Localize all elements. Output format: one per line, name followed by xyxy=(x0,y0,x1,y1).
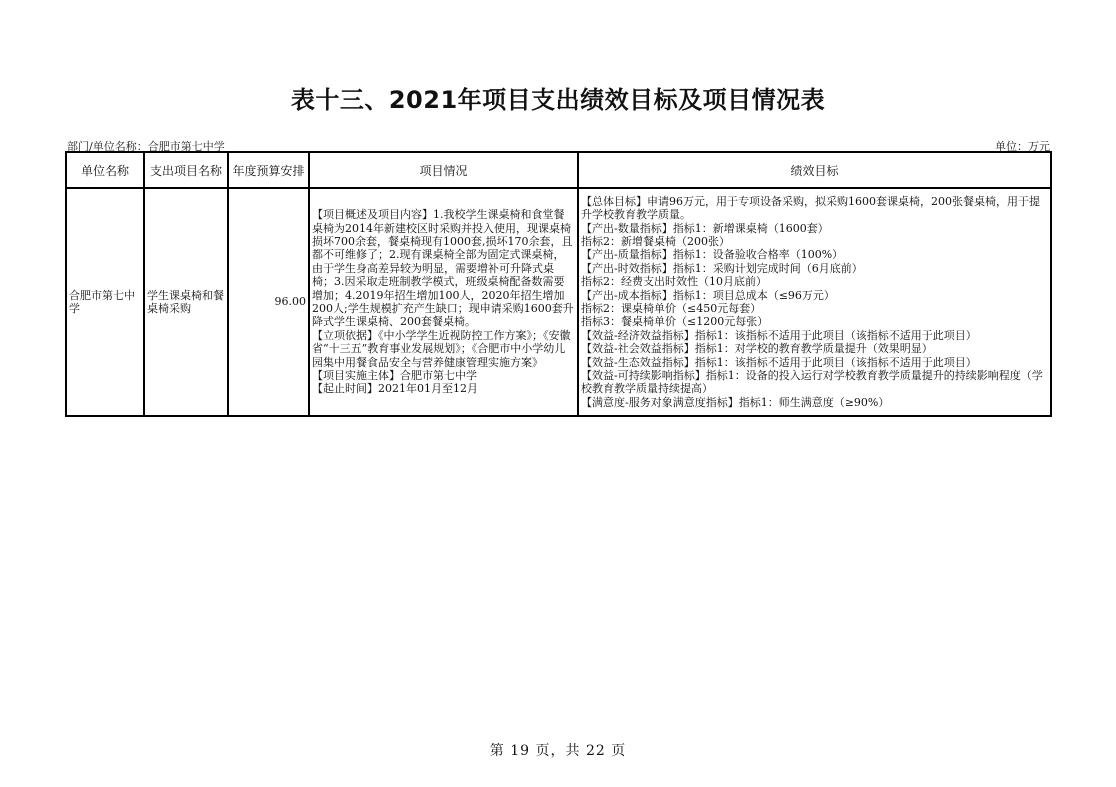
header-performance-goals: 绩效目标 xyxy=(578,152,1051,188)
goal-line: 【效益-可持续影响指标】指标1：设备的投入运行对学校教育教学质量提升的持续影响程… xyxy=(581,369,1048,396)
document-title: 表十三、2021年项目支出绩效目标及项目情况表 xyxy=(0,80,1116,115)
table-header-row: 单位名称 支出项目名称 年度预算安排 项目情况 绩效目标 xyxy=(66,152,1051,188)
cell-project-name: 学生课桌椅和餐桌椅采购 xyxy=(144,188,228,416)
performance-table: 单位名称 支出项目名称 年度预算安排 项目情况 绩效目标 合肥市第七中学 学生课… xyxy=(65,151,1052,417)
goal-line: 【产出-成本指标】指标1：项目总成本（≤96万元） xyxy=(581,289,1048,302)
goal-line: 【产出-质量指标】指标1：设备验收合格率（100%） xyxy=(581,248,1048,261)
goal-line: 【效益-社会效益指标】指标1：对学校的教育教学质量提升（效果明显） xyxy=(581,342,1048,355)
header-budget: 年度预算安排 xyxy=(228,152,309,188)
goal-line: 【产出-时效指标】指标1：采购计划完成时间（6月底前） xyxy=(581,262,1048,275)
goal-line: 指标2：经费支出时效性（10月底前） xyxy=(581,275,1048,288)
goal-line: 【效益-经济效益指标】指标1：该指标不适用于此项目（该指标不适用于此项目） xyxy=(581,329,1048,342)
goal-line: 【总体目标】申请96万元，用于专项设备采购，拟采购1600套课桌椅，200张餐桌… xyxy=(581,195,1048,222)
project-basis: 【立项依据】《中小学学生近视防控工作方案》；《安徽省“十三五”教育事业发展规划》… xyxy=(312,329,575,369)
header-project-name: 支出项目名称 xyxy=(144,152,228,188)
header-project-info: 项目情况 xyxy=(309,152,578,188)
project-period: 【起止时间】2021年01月至12月 xyxy=(312,382,575,395)
goal-line: 指标3：餐桌椅单价（≤1200元每张） xyxy=(581,315,1048,328)
cell-performance-goals: 【总体目标】申请96万元，用于专项设备采购，拟采购1600套课桌椅，200张餐桌… xyxy=(578,188,1051,416)
cell-unit-name: 合肥市第七中学 xyxy=(66,188,144,416)
goal-line: 【效益-生态效益指标】指标1：该指标不适用于此项目（该指标不适用于此项目） xyxy=(581,356,1048,369)
goal-line: 指标2：新增餐桌椅（200张） xyxy=(581,235,1048,248)
project-implementer: 【项目实施主体】合肥市第七中学 xyxy=(312,369,575,382)
header-unit-name: 单位名称 xyxy=(66,152,144,188)
goal-line: 指标2：课桌椅单价（≤450元每套） xyxy=(581,302,1048,315)
project-overview: 【项目概述及项目内容】1.我校学生课桌椅和食堂餐桌椅为2014年新建校区时采购并… xyxy=(312,208,575,329)
goal-line: 【满意度-服务对象满意度指标】指标1：师生满意度（≥90%） xyxy=(581,396,1048,409)
page-number: 第 19 页，共 22 页 xyxy=(0,740,1116,760)
goal-line: 【产出-数量指标】指标1：新增课桌椅（1600套） xyxy=(581,222,1048,235)
cell-project-info: 【项目概述及项目内容】1.我校学生课桌椅和食堂餐桌椅为2014年新建校区时采购并… xyxy=(309,188,578,416)
cell-budget: 96.00 xyxy=(228,188,309,416)
table-row: 合肥市第七中学 学生课桌椅和餐桌椅采购 96.00 【项目概述及项目内容】1.我… xyxy=(66,188,1051,416)
